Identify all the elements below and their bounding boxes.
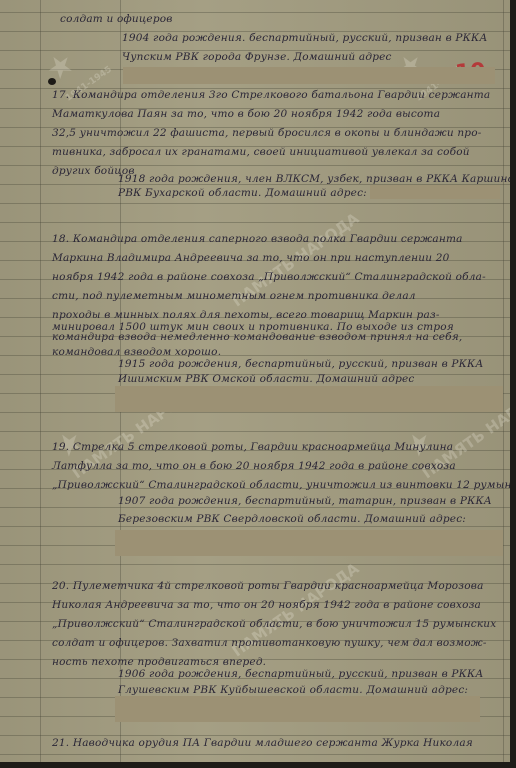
text-line: Ишимским РВК Омской области. Домашний ад… — [118, 373, 415, 385]
text-line: 1907 года рождения, беспартийный, татари… — [118, 495, 492, 507]
text-line: солдат и офицеров. Захватил противотанко… — [52, 637, 487, 649]
text-line: 32,5 уничтожил 22 фашиста, первый бросил… — [52, 127, 481, 139]
margin-line — [40, 0, 41, 762]
ruled-line — [0, 526, 510, 527]
text-line: Чупским РВК города Фрунзе. Домашний адре… — [122, 51, 392, 63]
text-line: 1918 года рождения, член ВЛКСМ, узбек, п… — [118, 173, 510, 185]
text-line: 1904 года рождения. беспартийный, русски… — [122, 32, 488, 44]
redacted-address — [123, 67, 495, 84]
text-line: Глушевским РВК Куйбышевской области. Дом… — [118, 684, 468, 696]
text-line: Березовским РВК Свердловской области. До… — [118, 513, 466, 525]
text-line: Николая Андреевича за то, что он 20 нояб… — [52, 599, 481, 611]
ruled-line — [0, 222, 510, 223]
text-line: 19. Стрелка 5 стрелковой роты, Гвардии к… — [52, 441, 453, 453]
text-line: 20. Пулеметчика 4й стрелковой роты Гвард… — [52, 580, 484, 592]
document-page: ★1941-1945 ★1941-1945 ★ПАМЯТЬ НАРОДА ★ПА… — [0, 0, 510, 762]
ruled-line — [0, 507, 510, 508]
ruled-line — [0, 735, 510, 736]
text-line: ноября 1942 года в районе совхоза „Приво… — [52, 271, 486, 283]
text-line: „Приволжский“ Сталинградской области, в … — [52, 618, 496, 630]
redacted-address — [115, 530, 503, 556]
redacted-address — [115, 386, 503, 412]
text-line: командира взвода немедленно командование… — [52, 331, 462, 343]
text-line: Маркина Владимира Андреевича за то, что … — [52, 252, 450, 264]
text-line: командовал взводом хорошо. — [52, 346, 221, 358]
text-line: проходы в минных полях для пехоты, всего… — [52, 309, 440, 321]
punch-hole — [48, 78, 56, 85]
text-line: 17. Командира отделения 3го Стрелкового … — [52, 89, 490, 101]
text-line: 1906 года рождения, беспартийный, русски… — [118, 668, 484, 680]
redacted-address — [115, 696, 480, 722]
text-line: сти, под пулеметным минометным огнем про… — [52, 290, 416, 302]
text-line: солдат и офицеров — [60, 13, 173, 25]
text-line: „Приволжский“ Сталинградской области, ун… — [52, 479, 510, 491]
text-line: РВК Бухарской области. Домашний адрес: — [118, 187, 367, 199]
text-line: 21. Наводчика орудия ПА Гвардии младшего… — [52, 737, 473, 749]
text-line: тивника, забросал их гранатами, своей ин… — [52, 146, 470, 158]
text-line: ность пехоте продвигаться вперед. — [52, 656, 266, 668]
redacted-address — [370, 185, 500, 199]
ruled-line — [0, 754, 510, 755]
text-line: Маматкулова Паян за то, что в бою 20 ноя… — [52, 108, 440, 120]
text-line: 18. Командира отделения саперного взвода… — [52, 233, 463, 245]
ruled-line — [0, 203, 510, 204]
ruled-line — [0, 564, 510, 565]
text-line: 1915 года рождения, беспартийный, русски… — [118, 358, 484, 370]
text-line: Латфулла за то, что он в бою 20 ноября 1… — [52, 460, 456, 472]
